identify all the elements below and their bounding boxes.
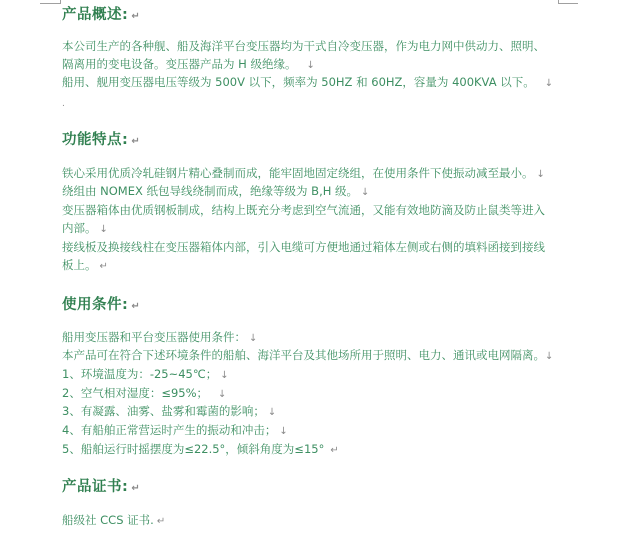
overview-line-1: 本公司生产的各种舰、船及海洋平台变压器均为干式自冷变压器，作为电力网中供动力、照…	[62, 37, 545, 56]
crop-mark-top-left	[40, 0, 60, 4]
section-heading-certificate: 产品证书:↵	[62, 475, 140, 496]
overview-line-3: 船用、舰用变压器电压等级为 500V 以下，频率为 50HZ 和 60HZ，容量…	[62, 73, 553, 94]
paragraph-mark: ↵	[131, 301, 140, 312]
line-break-mark: ↓	[249, 333, 257, 344]
line-break-mark: ↓	[545, 351, 553, 362]
line-break-mark: ↓	[279, 426, 287, 437]
line-break-mark: ↓	[268, 407, 276, 418]
conditions-line-2: 本产品可在符合下述环境条件的船舶、海洋平台及其他场所用于照明、电力、通讯或电网隔…	[62, 346, 553, 367]
features-line-4: 内部。↓	[62, 219, 108, 240]
section-heading-overview: 产品概述:↵	[62, 3, 140, 24]
certificate-line-1: 船级社 CCS 证书.↵	[62, 511, 165, 532]
empty-paragraph: .	[62, 93, 65, 114]
section-heading-conditions: 使用条件:↵	[62, 293, 140, 314]
conditions-item-5: 5、船舶运行时摇摆度为≤22.5°，倾斜角度为≤15°↵	[62, 440, 339, 461]
conditions-item-1: 1、环境温度为：-25~45℃；↓	[62, 365, 229, 386]
line-break-mark: ↓	[218, 389, 226, 400]
conditions-item-4: 4、有船舶正常营运时产生的振动和冲击；↓	[62, 421, 288, 442]
features-line-5: 接线板及换接线柱在变压器箱体内部，引入电缆可方便地通过箱体左侧或右侧的填料函接到…	[62, 238, 545, 257]
line-break-mark: ↓	[537, 169, 545, 180]
crop-mark-top-right	[558, 0, 578, 4]
paragraph-mark: ↵	[131, 136, 140, 147]
line-break-mark: ↓	[220, 370, 228, 381]
paragraph-mark: ↵	[131, 11, 140, 22]
features-line-3: 变压器箱体由优质钢板制成，结构上既充分考虑到空气流通，又能有效地防滴及防止鼠类等…	[62, 201, 545, 220]
features-line-2: 绕组由 NOMEX 纸包导线绕制而成，绝缘等级为 B,H 级。↓	[62, 182, 369, 203]
paragraph-mark: ↵	[131, 483, 140, 494]
crop-mark-top-right-vertical	[558, 0, 559, 4]
line-break-mark: ↓	[100, 224, 108, 235]
line-break-mark: ↓	[545, 78, 553, 89]
line-break-mark: ↓	[361, 187, 369, 198]
conditions-item-3: 3、有凝露、油雾、盐雾和霉菌的影响；↓	[62, 402, 276, 423]
crop-mark-top-left-vertical	[60, 0, 61, 4]
features-line-6: 板上。↵	[62, 256, 108, 277]
paragraph-mark: ↵	[157, 516, 165, 527]
line-break-mark: ↓	[306, 60, 314, 71]
paragraph-mark: ↵	[330, 445, 338, 456]
section-heading-features: 功能特点:↵	[62, 128, 140, 149]
paragraph-mark: ↵	[100, 261, 108, 272]
